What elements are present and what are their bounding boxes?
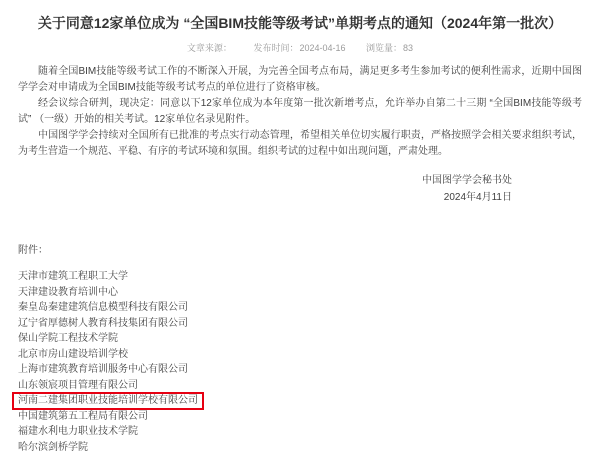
list-item: 辽宁省厚德树人教育科技集团有限公司 (18, 316, 582, 332)
page-title: 关于同意12家单位成为 “全国BIM技能等级考试”单期考点的通知（2024年第一… (18, 13, 582, 33)
signature-block: 中国图学学会秘书处 2024年4月11日 (18, 172, 512, 206)
list-item: 中国建筑第五工程局有限公司 (18, 409, 582, 425)
paragraph: 随着全国BIM技能等级考试工作的不断深入开展，为完善全国考点布局，满足更多考生参… (18, 64, 582, 96)
list-item: 保山学院工程技术学院 (18, 331, 582, 347)
meta-publish-date: 发布时间：2024-04-16 (253, 43, 348, 53)
article-meta: 文章来源： 发布时间：2024-04-16 浏览量：83 (18, 42, 582, 55)
list-item: 山东领宸项目管理有限公司 (18, 378, 582, 394)
list-item: 北京市房山建设培训学校 (18, 347, 582, 363)
list-item: 天津建设教育培训中心 (18, 285, 582, 301)
attachment-label: 附件： (18, 244, 582, 257)
meta-publish-value: 2024-04-16 (299, 43, 345, 53)
meta-views-value: 83 (403, 43, 413, 53)
meta-source: 文章来源： (187, 43, 236, 53)
signature-date: 2024年4月11日 (18, 189, 512, 206)
list-item-highlighted: 河南二建集团职业技能培训学校有限公司 (18, 393, 582, 409)
highlight-box: 河南二建集团职业技能培训学校有限公司 (12, 392, 204, 410)
list-item: 哈尔滨剑桥学院 (18, 440, 582, 456)
paragraph: 中国图学学会持续对全国所有已批准的考点实行动态管理，希望相关单位切实履行职责，严… (18, 128, 582, 160)
signature-org: 中国图学学会秘书处 (18, 172, 512, 189)
list-item: 上海市建筑教育培训服务中心有限公司 (18, 362, 582, 378)
paragraph: 经会议综合研判，现决定：同意以下12家单位成为本年度第一批次新增考点，允许举办自… (18, 96, 582, 128)
meta-source-label: 文章来源： (187, 43, 232, 53)
article-body: 随着全国BIM技能等级考试工作的不断深入开展，为完善全国考点布局，满足更多考生参… (18, 64, 582, 160)
list-item: 天津市建筑工程职工大学 (18, 269, 582, 285)
meta-view-count: 浏览量：83 (366, 43, 413, 53)
meta-views-label: 浏览量： (366, 43, 402, 53)
list-item: 福建水利电力职业技术学院 (18, 424, 582, 440)
attachment-list: 天津市建筑工程职工大学 天津建设教育培训中心 秦皇岛秦建建筑信息模型科技有限公司… (18, 269, 582, 455)
list-item: 秦皇岛秦建建筑信息模型科技有限公司 (18, 300, 582, 316)
meta-publish-label: 发布时间： (253, 43, 298, 53)
notice-document: 关于同意12家单位成为 “全国BIM技能等级考试”单期考点的通知（2024年第一… (0, 13, 600, 455)
